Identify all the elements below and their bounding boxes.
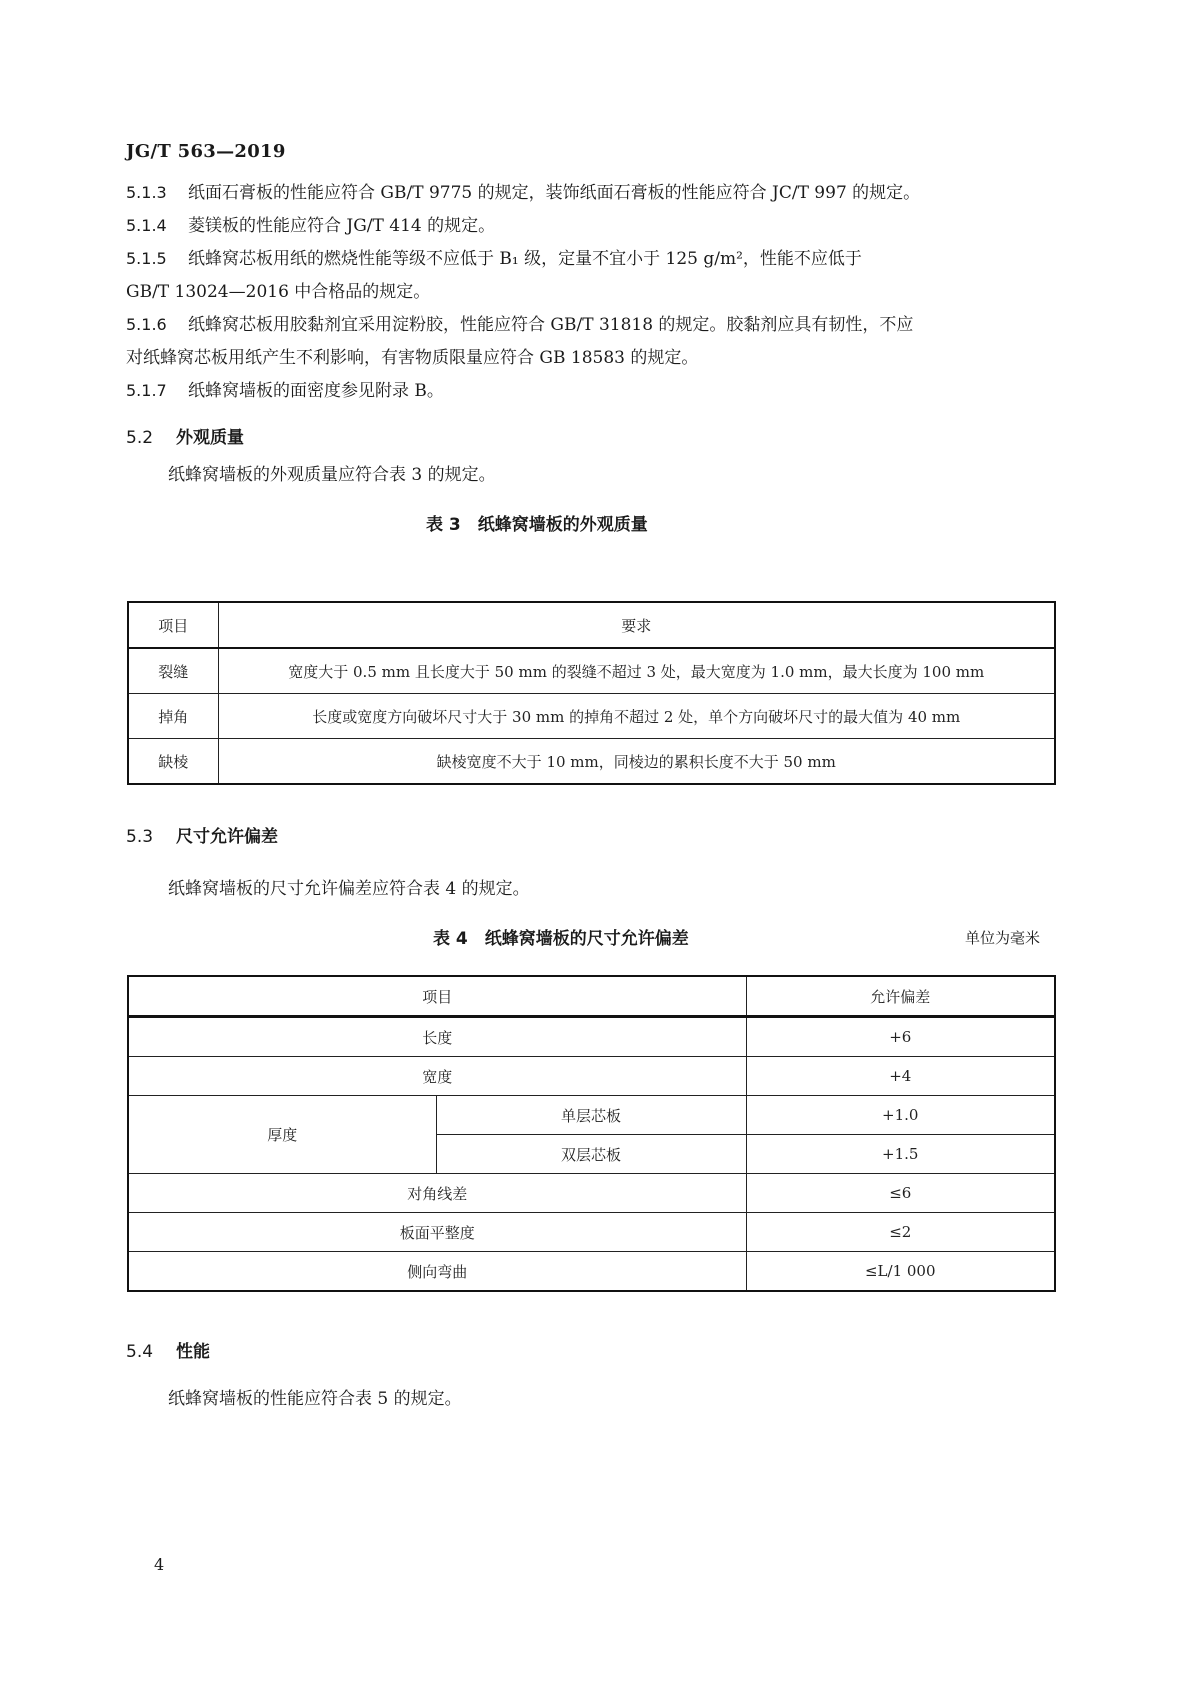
table-4-caption: 表 4 纸蜂窝墙板的尺寸允许偏差 xyxy=(433,924,689,949)
clause-5-1-3: 5.1.3纸面石膏板的性能应符合 GB/T 9775 的规定，装饰纸面石膏板的性… xyxy=(126,181,920,205)
clause-text: 纸面石膏板的性能应符合 GB/T 9775 的规定，装饰纸面石膏板的性能应符合 … xyxy=(188,183,920,203)
table-4-unit: 单位为毫米 xyxy=(965,927,1040,948)
clause-number: 5.1.5 xyxy=(126,247,188,271)
section-heading-5-4: 5.4性能 xyxy=(126,1337,210,1362)
section-title: 外观质量 xyxy=(176,428,244,448)
item-cell: 厚度 xyxy=(128,1096,436,1174)
section-heading-5-3: 5.3尺寸允许偏差 xyxy=(126,822,278,847)
item-cell: 缺棱 xyxy=(128,739,218,785)
table-4-dimension-tolerance: 项目 允许偏差 长度 +6 宽度 +4 厚度 单层芯板 +1.0 双层芯板 +1… xyxy=(127,975,1056,1292)
value-cell: ≤6 xyxy=(746,1174,1055,1213)
header-cell: 项目 xyxy=(128,602,218,648)
item-cell: 长度 xyxy=(128,1017,746,1057)
section-number: 5.3 xyxy=(126,827,176,847)
item-cell: 侧向弯曲 xyxy=(128,1252,746,1292)
clause-5-1-6: 5.1.6纸蜂窝芯板用胶黏剂宜采用淀粉胶，性能应符合 GB/T 31818 的规… xyxy=(126,313,913,337)
table-row: 长度 +6 xyxy=(128,1017,1055,1057)
table-header-row: 项目 允许偏差 xyxy=(128,976,1055,1017)
sub-item-cell: 单层芯板 xyxy=(436,1096,746,1135)
requirement-cell: 缺棱宽度不大于 10 mm，同棱边的累积长度不大于 50 mm xyxy=(218,739,1055,785)
header-cell: 要求 xyxy=(218,602,1055,648)
clause-number: 5.1.3 xyxy=(126,181,188,205)
clause-5-1-5-cont: GB/T 13024—2016 中合格品的规定。 xyxy=(126,280,430,304)
value-cell: ≤2 xyxy=(746,1213,1055,1252)
standard-code: JG/T 563—2019 xyxy=(126,141,286,162)
header-cell: 项目 xyxy=(128,976,746,1017)
table-header-row: 项目 要求 xyxy=(128,602,1055,648)
clause-text: 纸蜂窝芯板用纸的燃烧性能等级不应低于 B₁ 级，定量不宜小于 125 g/m²，… xyxy=(188,249,862,269)
clause-5-1-4: 5.1.4菱镁板的性能应符合 JG/T 414 的规定。 xyxy=(126,214,495,238)
value-cell: ≤L/1 000 xyxy=(746,1252,1055,1292)
clause-number: 5.1.7 xyxy=(126,379,188,403)
section-number: 5.2 xyxy=(126,428,176,448)
sub-item-cell: 双层芯板 xyxy=(436,1135,746,1174)
section-title: 尺寸允许偏差 xyxy=(176,827,278,847)
clause-5-1-7: 5.1.7纸蜂窝墙板的面密度参见附录 B。 xyxy=(126,379,444,403)
clause-number: 5.1.4 xyxy=(126,214,188,238)
value-cell: +1.5 xyxy=(746,1135,1055,1174)
table-row: 厚度 单层芯板 +1.0 xyxy=(128,1096,1055,1135)
section-number: 5.4 xyxy=(126,1342,176,1362)
clause-text: 菱镁板的性能应符合 JG/T 414 的规定。 xyxy=(188,216,495,236)
value-cell: +4 xyxy=(746,1057,1055,1096)
item-cell: 宽度 xyxy=(128,1057,746,1096)
table-row: 裂缝 宽度大于 0.5 mm 且长度大于 50 mm 的裂缝不超过 3 处，最大… xyxy=(128,648,1055,694)
item-cell: 裂缝 xyxy=(128,648,218,694)
table-3-caption: 表 3 纸蜂窝墙板的外观质量 xyxy=(426,510,648,535)
header-cell: 允许偏差 xyxy=(746,976,1055,1017)
clause-text: 纸蜂窝墙板的面密度参见附录 B。 xyxy=(188,381,444,401)
value-cell: +1.0 xyxy=(746,1096,1055,1135)
value-cell: +6 xyxy=(746,1017,1055,1057)
table-row: 对角线差 ≤6 xyxy=(128,1174,1055,1213)
section-5-2-intro: 纸蜂窝墙板的外观质量应符合表 3 的规定。 xyxy=(168,463,496,487)
item-cell: 掉角 xyxy=(128,694,218,739)
table-row: 掉角 长度或宽度方向破坏尺寸大于 30 mm 的掉角不超过 2 处，单个方向破坏… xyxy=(128,694,1055,739)
requirement-cell: 宽度大于 0.5 mm 且长度大于 50 mm 的裂缝不超过 3 处，最大宽度为… xyxy=(218,648,1055,694)
item-cell: 对角线差 xyxy=(128,1174,746,1213)
table-row: 侧向弯曲 ≤L/1 000 xyxy=(128,1252,1055,1292)
clause-5-1-6-cont: 对纸蜂窝芯板用纸产生不利影响，有害物质限量应符合 GB 18583 的规定。 xyxy=(126,346,698,370)
clause-number: 5.1.6 xyxy=(126,313,188,337)
clause-5-1-5: 5.1.5纸蜂窝芯板用纸的燃烧性能等级不应低于 B₁ 级，定量不宜小于 125 … xyxy=(126,247,862,271)
section-5-3-intro: 纸蜂窝墙板的尺寸允许偏差应符合表 4 的规定。 xyxy=(168,877,530,901)
requirement-cell: 长度或宽度方向破坏尺寸大于 30 mm 的掉角不超过 2 处，单个方向破坏尺寸的… xyxy=(218,694,1055,739)
section-heading-5-2: 5.2外观质量 xyxy=(126,423,244,448)
item-cell: 板面平整度 xyxy=(128,1213,746,1252)
table-row: 缺棱 缺棱宽度不大于 10 mm，同棱边的累积长度不大于 50 mm xyxy=(128,739,1055,785)
table-row: 宽度 +4 xyxy=(128,1057,1055,1096)
section-5-4-intro: 纸蜂窝墙板的性能应符合表 5 的规定。 xyxy=(168,1387,462,1411)
section-title: 性能 xyxy=(176,1342,210,1362)
table-3-appearance-quality: 项目 要求 裂缝 宽度大于 0.5 mm 且长度大于 50 mm 的裂缝不超过 … xyxy=(127,601,1056,785)
table-row: 板面平整度 ≤2 xyxy=(128,1213,1055,1252)
clause-text: 纸蜂窝芯板用胶黏剂宜采用淀粉胶，性能应符合 GB/T 31818 的规定。胶黏剂… xyxy=(188,315,913,335)
page-number: 4 xyxy=(154,1555,164,1574)
